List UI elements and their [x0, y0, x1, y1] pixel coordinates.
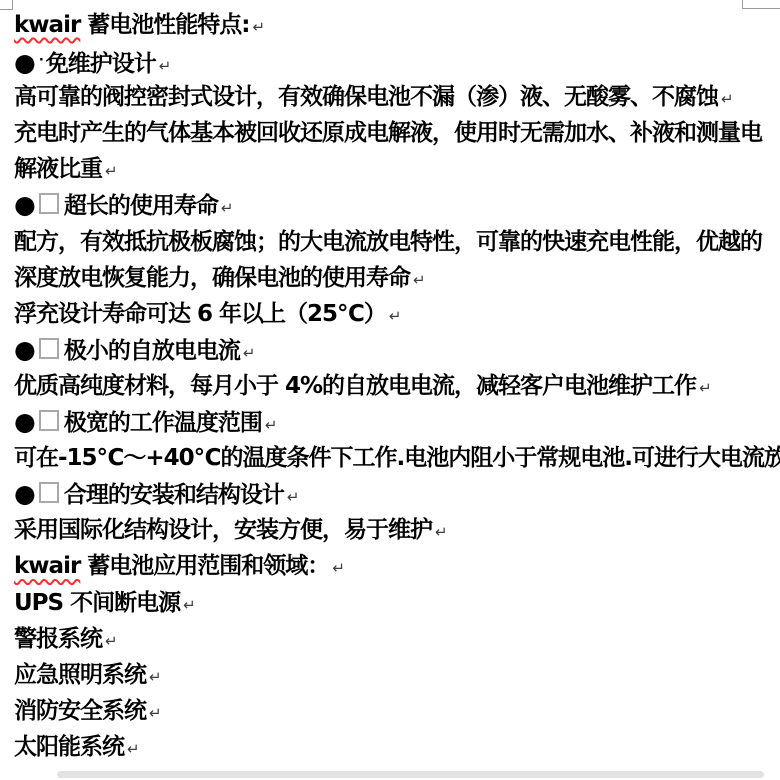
- text-line: 采用国际化结构设计，安装方便，易于维护↵: [14, 512, 774, 548]
- paragraph-mark-icon: ↵: [221, 199, 234, 217]
- body-text: 解液比重: [14, 156, 102, 182]
- text-line: 深度放电恢复能力，确保电池的使用寿命↵: [14, 260, 774, 296]
- bullet-line-wide-temperature: ●极宽的工作温度范围↵: [14, 404, 774, 440]
- paragraph-mark-icon: ↵: [105, 632, 118, 650]
- text-line: 高可靠的阀控密封式设计，有效确保电池不漏（渗）液、无酸雾、不腐蚀↵: [14, 79, 774, 115]
- paragraph-mark-icon: ↵: [159, 57, 172, 75]
- paragraph-mark-icon: ↵: [183, 596, 196, 614]
- horizontal-scrollbar-thumb[interactable]: [57, 771, 764, 778]
- text-boundary-mark-top-left-icon: [0, 0, 13, 10]
- paragraph-mark-icon: ↵: [149, 704, 162, 722]
- bullet-icon: ●: [14, 479, 36, 508]
- text-line: 解液比重↵: [14, 151, 774, 187]
- bullet-line-maintenance-free: ●·免维护设计↵: [14, 43, 774, 79]
- heading-text: 蓄电池应用范围和领域：: [80, 553, 329, 579]
- misspelled-word: kwair: [14, 12, 80, 38]
- paragraph-mark-icon: ↵: [243, 344, 256, 362]
- bullet-label: 极小的自放电电流: [64, 338, 240, 364]
- paragraph-mark-icon: ↵: [332, 559, 345, 577]
- bullet-icon: ●: [14, 407, 36, 436]
- list-item-fire-safety: 消防安全系统↵: [14, 693, 774, 729]
- bullet-icon: ●: [14, 190, 36, 219]
- bullet-label: 超长的使用寿命: [64, 193, 218, 219]
- paragraph-mark-icon: ↵: [699, 379, 712, 397]
- body-text: 配方，有效抵抗极板腐蚀；的大电流放电特性，可靠的快速充电性能，优越的: [14, 229, 762, 255]
- bullet-label: 极宽的工作温度范围: [64, 410, 262, 436]
- heading-application-scope: kwair 蓄电池应用范围和领域：↵: [14, 548, 774, 584]
- misspelled-word: kwair: [14, 553, 80, 579]
- paragraph-mark-icon: ↵: [253, 18, 266, 36]
- text-line-temperature-range: 可在-15℃～+40℃的温度条件下工作.电池内阻小于常规电池.可进行大电流放电↵: [14, 440, 774, 476]
- bullet-icon: ●: [14, 335, 36, 364]
- missing-glyph-box-icon: [39, 410, 59, 431]
- text-line: 配方，有效抵抗极板腐蚀；的大电流放电特性，可靠的快速充电性能，优越的: [14, 224, 774, 260]
- list-item-solar: 太阳能系统↵: [14, 729, 774, 765]
- body-text: UPS 不间断电源: [14, 590, 180, 616]
- missing-glyph-box-icon: [39, 482, 59, 503]
- body-text: 采用国际化结构设计，安装方便，易于维护: [14, 517, 432, 543]
- paragraph-mark-icon: ↵: [127, 740, 140, 758]
- body-text: 可在-15℃～+40℃的温度条件下工作.电池内阻小于常规电池.可进行大电流放电: [14, 445, 780, 471]
- text-line: 优质高纯度材料，每月小于 4%的自放电电流，减轻客户电池维护工作↵: [14, 368, 774, 404]
- paragraph-mark-icon: ↵: [265, 416, 278, 434]
- body-text: 太阳能系统: [14, 734, 124, 760]
- bullet-label: 免维护设计: [46, 51, 156, 77]
- paragraph-mark-icon: ↵: [149, 668, 162, 686]
- heading-performance-features: kwair 蓄电池性能特点:↵: [14, 7, 774, 43]
- bullet-line-structure-design: ●合理的安装和结构设计↵: [14, 476, 774, 512]
- bullet-label: 合理的安装和结构设计: [64, 482, 284, 508]
- missing-glyph-box-icon: [39, 338, 59, 359]
- list-item-emergency-lighting: 应急照明系统↵: [14, 657, 774, 693]
- text-line: 充电时产生的气体基本被回收还原成电解液，使用时无需加水、补液和测量电: [14, 115, 774, 151]
- document-page: kwair 蓄电池性能特点:↵ ●·免维护设计↵ 高可靠的阀控密封式设计，有效确…: [14, 7, 774, 765]
- paragraph-mark-icon: ↵: [435, 523, 448, 541]
- paragraph-mark-icon: ↵: [389, 307, 402, 325]
- bullet-line-long-life: ●超长的使用寿命↵: [14, 187, 774, 223]
- paragraph-mark-icon: ↵: [105, 162, 118, 180]
- body-text: 优质高纯度材料，每月小于 4%的自放电电流，减轻客户电池维护工作: [14, 373, 696, 399]
- body-text: 高可靠的阀控密封式设计，有效确保电池不漏（渗）液、无酸雾、不腐蚀: [14, 84, 718, 110]
- heading-text: 蓄电池性能特点:: [80, 12, 249, 38]
- separator-dot-icon: ·: [39, 53, 44, 68]
- paragraph-mark-icon: ↵: [721, 90, 734, 108]
- body-text: 充电时产生的气体基本被回收还原成电解液，使用时无需加水、补液和测量电: [14, 120, 762, 146]
- bullet-icon: ●: [14, 48, 36, 77]
- list-item-alarm: 警报系统↵: [14, 621, 774, 657]
- body-text: 深度放电恢复能力，确保电池的使用寿命: [14, 265, 410, 291]
- body-text: 消防安全系统: [14, 698, 146, 724]
- paragraph-mark-icon: ↵: [413, 271, 426, 289]
- missing-glyph-box-icon: [39, 193, 59, 214]
- body-text: 应急照明系统: [14, 662, 146, 688]
- text-line-float-life: 浮充设计寿命可达 6 年以上（25℃）↵: [14, 296, 774, 332]
- paragraph-mark-icon: ↵: [287, 488, 300, 506]
- body-text: 浮充设计寿命可达 6 年以上（25℃）: [14, 301, 386, 327]
- body-text: 警报系统: [14, 626, 102, 652]
- bullet-line-low-self-discharge: ●极小的自放电电流↵: [14, 332, 774, 368]
- list-item-ups: UPS 不间断电源↵: [14, 585, 774, 621]
